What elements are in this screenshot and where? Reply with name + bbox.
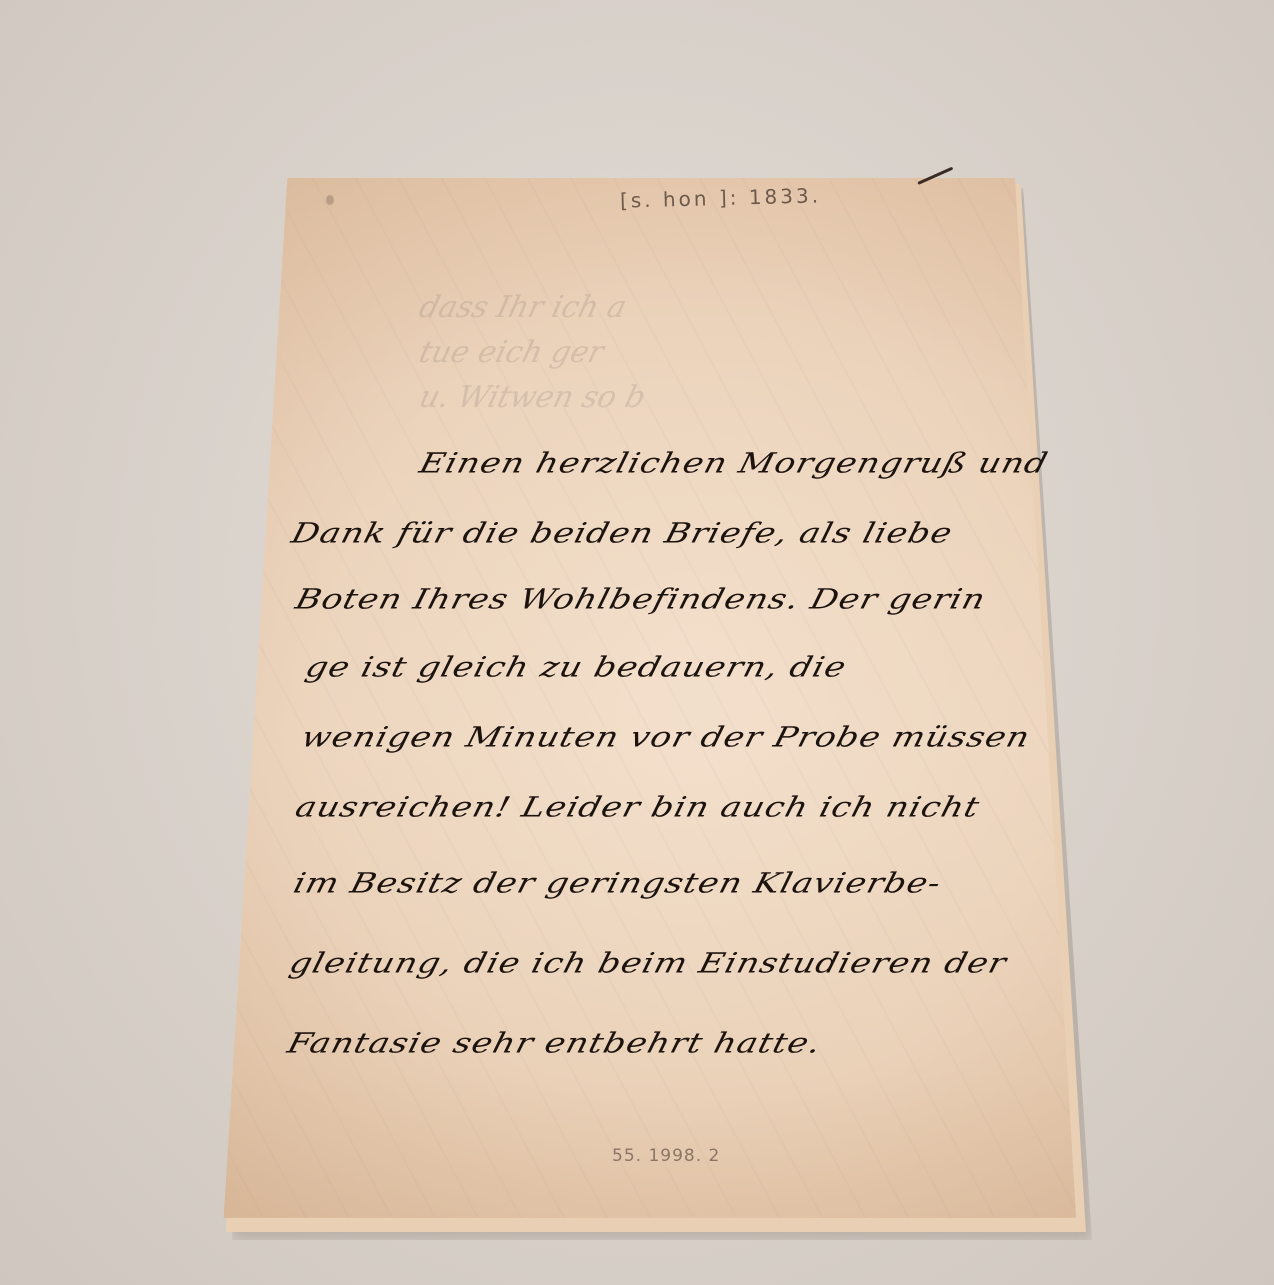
letter-sheet <box>222 178 1082 1224</box>
letter-line: ge ist gleich zu bedauern, die <box>302 651 850 684</box>
letter-line: Dank für die beiden Briefe, als liebe <box>288 517 956 550</box>
corner-stain-mark <box>326 195 334 205</box>
letter-line: im Besitz der geringsten Klavierbe- <box>290 867 945 900</box>
bleed-through-text: u. Witwen so b <box>416 380 650 415</box>
letter-line: ausreichen! Leider bin auch ich nicht <box>292 791 983 824</box>
letter-line: wenigen Minuten vor der Probe müssen <box>298 721 1034 754</box>
letter-line: Boten Ihres Wohlbefindens. Der gerin <box>292 583 989 616</box>
letter-line: Fantasie sehr entbehrt hatte. <box>284 1027 825 1060</box>
inventory-number: 55. 1998. 2 <box>612 1146 720 1166</box>
letter-line: gleitung, die ich beim Einstudieren der <box>286 947 1010 980</box>
bleed-through-text: tue eich ger <box>416 335 608 370</box>
bleed-through-text: dass Ihr ich a <box>416 290 630 325</box>
letter-line: Einen herzlichen Morgengruß und <box>416 447 1052 480</box>
